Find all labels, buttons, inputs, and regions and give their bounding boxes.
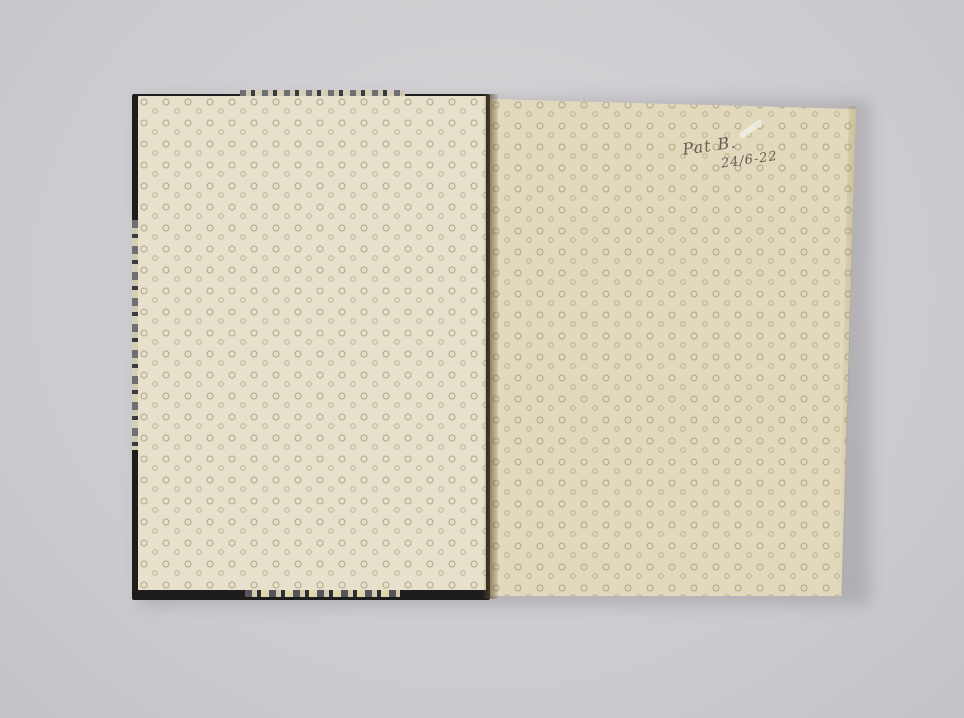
book-gutter bbox=[484, 94, 498, 599]
left-endpaper bbox=[138, 96, 486, 590]
right-endpaper bbox=[490, 99, 856, 596]
